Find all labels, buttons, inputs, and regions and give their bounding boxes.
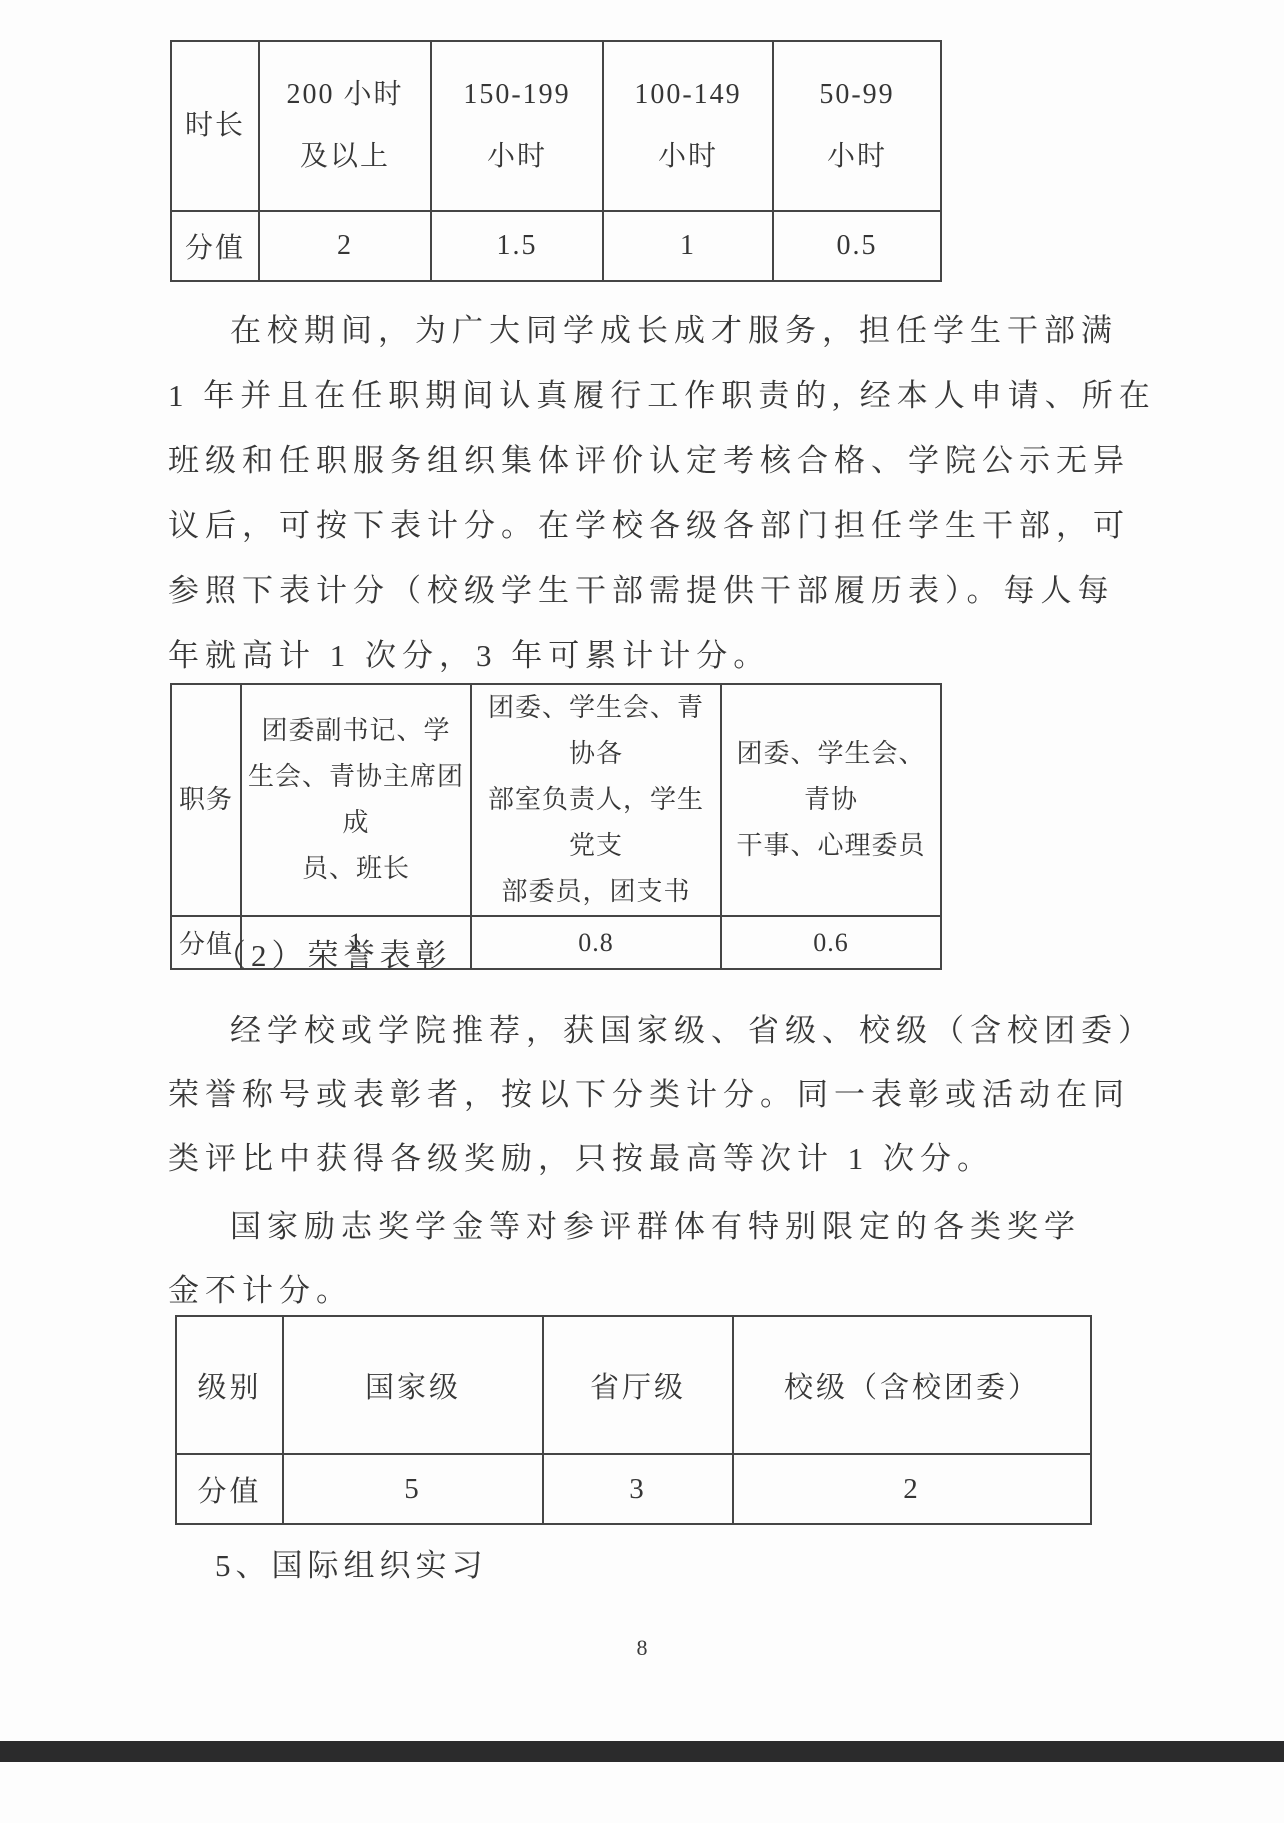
score-cell: 3 <box>543 1454 733 1524</box>
footer-bar <box>0 1741 1284 1762</box>
text-line: 国家励志奖学金等对参评群体有特别限定的各类奖学 <box>168 1191 1158 1255</box>
table-cadre-positions: 职务 团委副书记、学 生会、青协主席团成 员、班长 团委、学生会、青协各 部室负… <box>170 683 942 970</box>
paragraph-student-cadre: 在校期间，为广大同学成长成才服务，担任学生干部满 1 年并且在任职期间认真履行工… <box>168 295 1158 685</box>
page-number: 8 <box>0 1635 1284 1661</box>
score-cell: 0.6 <box>721 916 941 969</box>
text-line: 参照下表计分（校级学生干部需提供干部履历表）。每人每 <box>168 555 1158 620</box>
table-score-row: 分值 2 1.5 1 0.5 <box>171 211 941 281</box>
row-label-cell: 级别 <box>176 1316 283 1454</box>
score-cell: 0.5 <box>773 211 941 281</box>
row-label-cell: 职务 <box>171 684 241 916</box>
header-cell: 100-149 小时 <box>603 41 773 211</box>
text-line: 金不计分。 <box>168 1255 1158 1319</box>
table-header-row: 时长 200 小时 及以上 150-199 小时 100-149 小时 50-9… <box>171 41 941 211</box>
paragraph-honor-rules: 经学校或学院推荐，获国家级、省级、校级（含校团委） 荣誉称号或表彰者，按以下分类… <box>168 995 1158 1187</box>
paragraph-scholarship-exclusion: 国家励志奖学金等对参评群体有特别限定的各类奖学 金不计分。 <box>168 1191 1158 1319</box>
text-line: 议后，可按下表计分。在学校各级各部门担任学生干部，可 <box>168 490 1158 555</box>
table-header-row: 职务 团委副书记、学 生会、青协主席团成 员、班长 团委、学生会、青协各 部室负… <box>171 684 941 916</box>
score-label-cell: 分值 <box>171 211 259 281</box>
document-page: 时长 200 小时 及以上 150-199 小时 100-149 小时 50-9… <box>0 0 1284 1823</box>
text-line: 班级和任职服务组织集体评价认定考核合格、学院公示无异 <box>168 425 1158 490</box>
table-header-row: 级别 国家级 省厅级 校级（含校团委） <box>176 1316 1091 1454</box>
heading-international-internship: 5、国际组织实习 <box>215 1538 488 1586</box>
text-line: 1 年并且在任职期间认真履行工作职责的, 经本人申请、所在 <box>168 360 1158 425</box>
table-honor-levels: 级别 国家级 省厅级 校级（含校团委） 分值 5 3 2 <box>175 1315 1092 1525</box>
text-line: 类评比中获得各级奖励，只按最高等次计 1 次分。 <box>168 1123 1158 1187</box>
table-score-row: 分值 5 3 2 <box>176 1454 1091 1524</box>
header-cell: 团委、学生会、青协 干事、心理委员 <box>721 684 941 916</box>
text-line: 经学校或学院推荐，获国家级、省级、校级（含校团委） <box>168 995 1158 1059</box>
heading-honor-recognition: （2）荣誉表彰 <box>215 928 452 976</box>
header-cell: 50-99 小时 <box>773 41 941 211</box>
score-cell: 0.8 <box>471 916 721 969</box>
header-cell: 省厅级 <box>543 1316 733 1454</box>
header-cell: 国家级 <box>283 1316 543 1454</box>
score-cell: 1 <box>603 211 773 281</box>
header-cell: 团委、学生会、青协各 部室负责人，学生党支 部委员，团支书 <box>471 684 721 916</box>
score-cell: 1.5 <box>431 211 603 281</box>
table-volunteer-hours: 时长 200 小时 及以上 150-199 小时 100-149 小时 50-9… <box>170 40 942 282</box>
header-cell: 200 小时 及以上 <box>259 41 431 211</box>
score-cell: 2 <box>259 211 431 281</box>
header-cell: 团委副书记、学 生会、青协主席团成 员、班长 <box>241 684 471 916</box>
text-line: 荣誉称号或表彰者，按以下分类计分。同一表彰或活动在同 <box>168 1059 1158 1123</box>
header-cell: 150-199 小时 <box>431 41 603 211</box>
score-label-cell: 分值 <box>176 1454 283 1524</box>
header-cell: 校级（含校团委） <box>733 1316 1091 1454</box>
row-label-cell: 时长 <box>171 41 259 211</box>
text-line: 年就高计 1 次分，3 年可累计计分。 <box>168 620 1158 685</box>
score-cell: 5 <box>283 1454 543 1524</box>
score-cell: 2 <box>733 1454 1091 1524</box>
text-line: 在校期间，为广大同学成长成才服务，担任学生干部满 <box>168 295 1158 360</box>
